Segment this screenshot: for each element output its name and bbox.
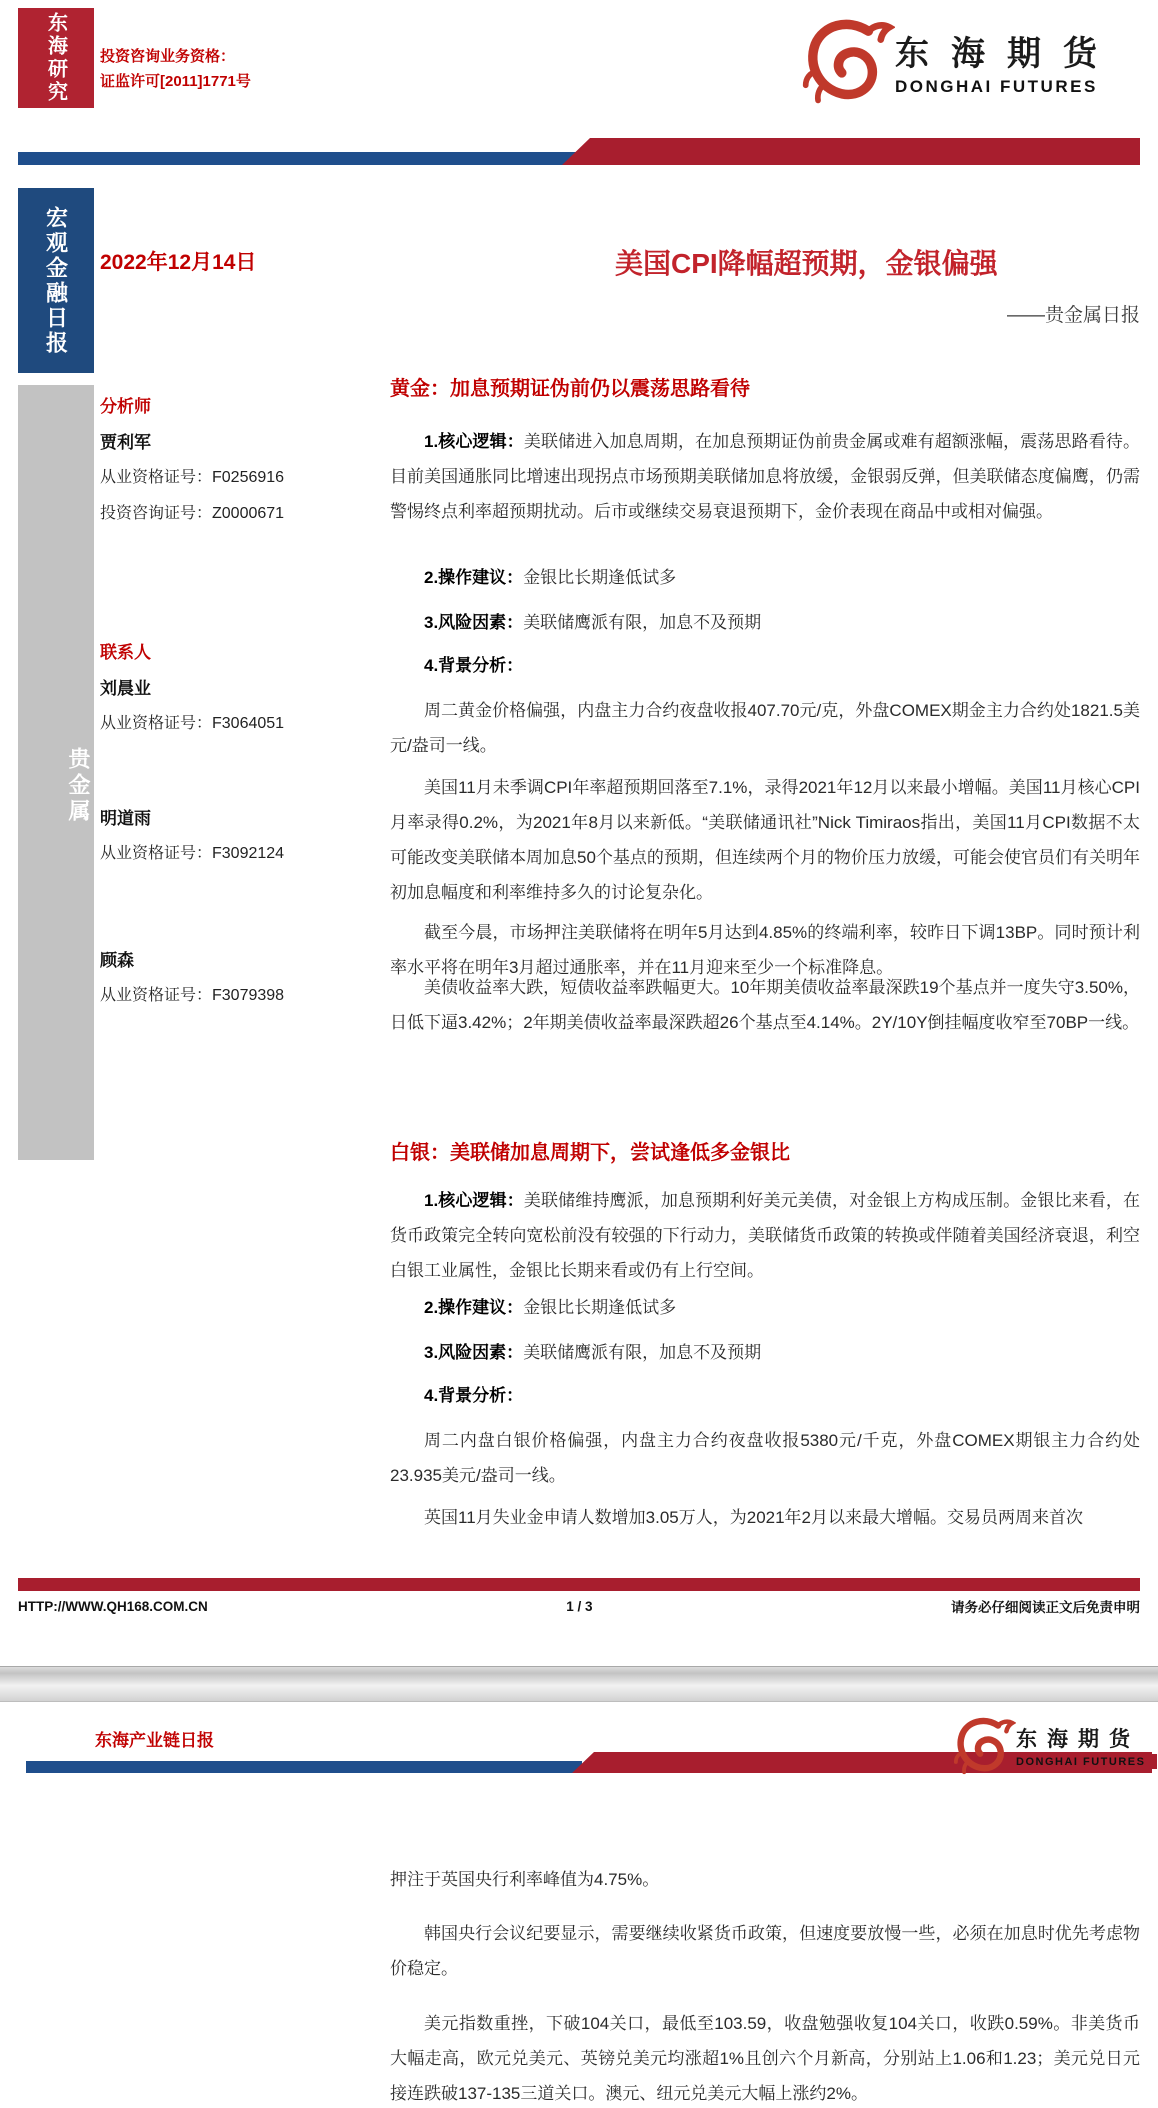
gold-background-para-1: 周二黄金价格偏强，内盘主力合约夜盘收报407.70元/克，外盘COMEX期金主力… — [390, 693, 1140, 763]
contact-label: 联系人 — [100, 638, 151, 663]
gold-risk-text: 美联储鹰派有限，加息不及预期 — [523, 613, 761, 632]
page-footer: HTTP://WWW.QH168.COM.CN 1 / 3 请务必仔细阅读正文后… — [18, 1596, 1140, 1616]
report-title: 美国CPI降幅超预期，金银偏强 — [615, 242, 998, 282]
silver-background-para-1: 周二内盘白银价格偏强，内盘主力合约夜盘收报5380元/千克，外盘COMEX期银主… — [390, 1423, 1140, 1493]
document-canvas: 东海研究 投资咨询业务资格： 证监许可[2011]1771号 东海期货 DONG… — [0, 0, 1158, 2108]
analyst-cert-2: 投资咨询证号：Z0000671 — [100, 500, 284, 523]
page2-header-title: 东海产业链日报 — [95, 1726, 214, 1751]
gold-risk-label: 3.风险因素： — [424, 613, 523, 632]
gold-advice-text: 金银比长期逢低试多 — [523, 568, 676, 587]
header-divider — [18, 138, 1140, 166]
logo-text: 东海期货 DONGHAI FUTURES — [1016, 1723, 1157, 1769]
gold-core-logic: 1.核心逻辑：美联储进入加息周期，在加息预期证伪前贵金属或难有超额涨幅，震荡思路… — [390, 424, 1140, 529]
contact-1-name: 刘晨业 — [100, 674, 151, 699]
logo-text: 东海期货 DONGHAI FUTURES — [895, 26, 1119, 97]
silver-advice: 2.操作建议：金银比长期逢低试多 — [390, 1290, 1140, 1325]
license-line-2: 证监许可[2011]1771号 — [100, 69, 251, 94]
report-category-text: 宏观金融日报 — [41, 206, 72, 356]
silver-risk-text: 美联储鹰派有限，加息不及预期 — [523, 1343, 761, 1362]
gold-core-logic-label: 1.核心逻辑： — [424, 432, 524, 451]
contact-1-cert: 从业资格证号：F3064051 — [100, 710, 284, 733]
report-date: 2022年12月14日 — [100, 246, 256, 276]
license-info: 投资咨询业务资格： 证监许可[2011]1771号 — [100, 44, 251, 94]
contact-2-name: 明道雨 — [100, 804, 151, 829]
page-separator — [0, 1666, 1158, 1702]
dragon-logo-icon — [952, 1714, 1016, 1778]
divider-red-bar — [562, 138, 1140, 165]
logo-red-square — [1148, 1754, 1157, 1769]
analyst-name: 贾利军 — [100, 428, 151, 453]
silver-background-label: 4.背景分析： — [390, 1378, 1140, 1413]
research-banner: 东海研究 — [18, 8, 94, 108]
gold-advice: 2.操作建议：金银比长期逢低试多 — [390, 560, 1140, 595]
footer-red-bar — [18, 1578, 1140, 1591]
footer-page-number: 1 / 3 — [566, 1599, 592, 1614]
logo-chinese-name: 东海期货 — [1016, 1723, 1157, 1753]
gold-background-para-4: 美债收益率大跌，短债收益率跌幅更大。10年期美债收益率最深跌19个基点并一度失守… — [390, 970, 1140, 1040]
analyst-label: 分析师 — [100, 392, 151, 417]
analyst-cert-1: 从业资格证号：F0256916 — [100, 464, 284, 487]
logo-chinese-name: 东海期货 — [895, 26, 1119, 75]
company-logo-small: 东海期货 DONGHAI FUTURES — [952, 1714, 1157, 1778]
contact-2-cert: 从业资格证号：F3092124 — [100, 840, 284, 863]
page2-para-3: 美元指数重挫，下破104关口，最低至103.59，收盘勉强收复104关口，收跌0… — [390, 2006, 1140, 2108]
gold-background-label: 4.背景分析： — [390, 648, 1140, 683]
silver-background-para-2: 英国11月失业金申请人数增加3.05万人，为2021年2月以来最大增幅。交易员两… — [390, 1500, 1140, 1535]
silver-core-logic-label: 1.核心逻辑： — [424, 1191, 524, 1210]
logo-english-name: DONGHAI FUTURES — [895, 77, 1119, 97]
page2-para-2: 韩国央行会议纪要显示，需要继续收紧货币政策，但速度要放慢一些，必须在加息时优先考… — [390, 1916, 1140, 1986]
silver-risk: 3.风险因素：美联储鹰派有限，加息不及预期 — [390, 1335, 1140, 1370]
gold-risk: 3.风险因素：美联储鹰派有限，加息不及预期 — [390, 605, 1140, 640]
contact-3-name: 顾森 — [100, 946, 134, 971]
section-banner-text: 贵金属 — [18, 747, 94, 825]
page2-para-1: 押注于英国央行利率峰值为4.75%。 — [390, 1862, 1140, 1897]
research-banner-text: 东海研究 — [42, 12, 71, 104]
divider-blue-bar — [18, 152, 580, 165]
divider-blue-bar — [26, 1761, 582, 1773]
company-logo: 东海期货 DONGHAI FUTURES — [800, 14, 1119, 109]
section-banner: 贵金属 — [18, 385, 94, 1160]
gold-section-heading: 黄金：加息预期证伪前仍以震荡思路看待 — [390, 372, 1140, 401]
report-subtitle: ——贵金属日报 — [1007, 300, 1140, 327]
license-line-1: 投资咨询业务资格： — [100, 44, 251, 69]
report-category-banner: 宏观金融日报 — [18, 188, 94, 373]
gold-advice-label: 2.操作建议： — [424, 568, 523, 587]
footer-url: HTTP://WWW.QH168.COM.CN — [18, 1599, 208, 1614]
contact-3-cert: 从业资格证号：F3079398 — [100, 982, 284, 1005]
silver-core-logic: 1.核心逻辑：美联储维持鹰派，加息预期利好美元美债，对金银上方构成压制。金银比来… — [390, 1183, 1140, 1288]
silver-advice-text: 金银比长期逢低试多 — [523, 1298, 676, 1317]
footer-disclaimer: 请务必仔细阅读正文后免责申明 — [951, 1596, 1140, 1616]
silver-risk-label: 3.风险因素： — [424, 1343, 523, 1362]
silver-advice-label: 2.操作建议： — [424, 1298, 523, 1317]
silver-section-heading: 白银：美联储加息周期下，尝试逢低多金银比 — [390, 1136, 1140, 1165]
dragon-logo-icon — [800, 14, 895, 109]
logo-english-name: DONGHAI FUTURES — [1016, 1754, 1157, 1769]
gold-background-para-2: 美国11月未季调CPI年率超预期回落至7.1%，录得2021年12月以来最小增幅… — [390, 770, 1140, 910]
